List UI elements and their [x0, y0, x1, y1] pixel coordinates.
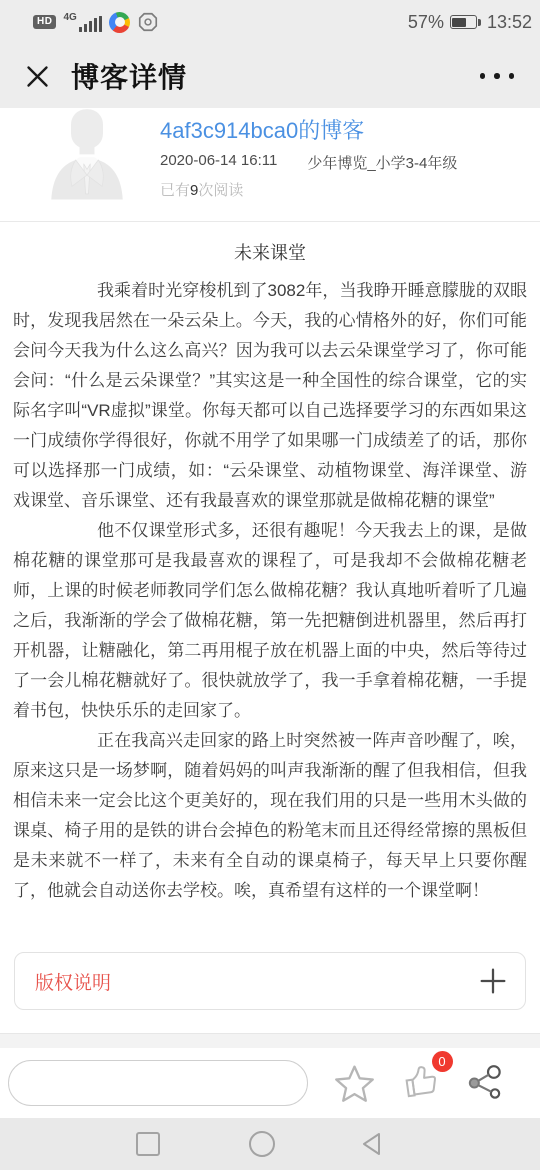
home-button[interactable]: [247, 1129, 277, 1159]
blog-name-link[interactable]: 4af3c914bca0的博客: [160, 117, 364, 145]
browser-app-icon: [109, 12, 130, 33]
share-icon: [465, 1063, 505, 1103]
signal-strength-icon: 4G: [63, 13, 102, 32]
more-menu-icon[interactable]: [480, 73, 515, 79]
status-right: 57% 13:52: [408, 12, 532, 33]
like-button[interactable]: 0: [401, 1061, 441, 1106]
hd-voLTE-icon: HD: [33, 15, 56, 29]
avatar[interactable]: [40, 108, 134, 200]
recents-button[interactable]: [133, 1129, 163, 1159]
phone-screen: HD 4G 57% 13:52 博客详情: [0, 0, 540, 1170]
article-paragraph: 他不仅课堂形式多，还很有趣呢！今天我去上的课，是做棉花糖的课堂那可是我最喜欢的课…: [13, 516, 527, 726]
favorite-star-button[interactable]: [333, 1062, 376, 1105]
article-body: 未来课堂 我乘着时光穿梭机到了3082年，当我睁开睡意朦胧的双眼时，发现我居然在…: [0, 222, 540, 906]
back-triangle-icon: [357, 1129, 387, 1159]
bottom-toolbar: 0: [0, 1048, 540, 1118]
clock: 13:52: [487, 12, 532, 33]
do-not-disturb-octagon-icon: [137, 11, 159, 33]
recents-square-icon: [133, 1129, 163, 1159]
expand-plus-icon[interactable]: [477, 965, 509, 997]
battery-percent: 57%: [408, 12, 444, 33]
status-bar: HD 4G 57% 13:52: [0, 0, 540, 44]
back-button[interactable]: [357, 1129, 387, 1159]
comment-input[interactable]: [8, 1060, 308, 1106]
copyright-section[interactable]: 版权说明: [14, 952, 526, 1010]
article-title: 未来课堂: [13, 238, 527, 268]
author-card: 4af3c914bca0的博客 2020-06-14 16:11 少年博览_小学…: [0, 108, 540, 222]
battery-icon: [450, 15, 477, 29]
close-icon[interactable]: [24, 63, 51, 90]
post-category: 少年博览_小学3-4年级: [307, 152, 457, 173]
read-count: 已有9次阅读: [160, 179, 457, 200]
android-nav-bar: [0, 1118, 540, 1170]
star-icon: [333, 1062, 376, 1105]
status-left-icons: HD 4G: [33, 11, 159, 33]
share-button[interactable]: [465, 1063, 505, 1103]
like-count-badge: 0: [432, 1051, 453, 1072]
page-title: 博客详情: [71, 56, 187, 96]
copyright-label: 版权说明: [35, 968, 111, 995]
home-circle-icon: [247, 1129, 277, 1159]
app-header: 博客详情: [0, 44, 540, 108]
page-content: 4af3c914bca0的博客 2020-06-14 16:11 少年博览_小学…: [0, 108, 540, 1033]
article-paragraph: 正在我高兴走回家的路上时突然被一阵声音吵醒了，唉，原来这只是一场梦啊，随着妈妈的…: [13, 726, 527, 906]
article-paragraph: 我乘着时光穿梭机到了3082年，当我睁开睡意朦胧的双眼时，发现我居然在一朵云朵上…: [13, 276, 527, 516]
post-date: 2020-06-14 16:11: [160, 152, 277, 173]
separator-band: [0, 1033, 540, 1048]
